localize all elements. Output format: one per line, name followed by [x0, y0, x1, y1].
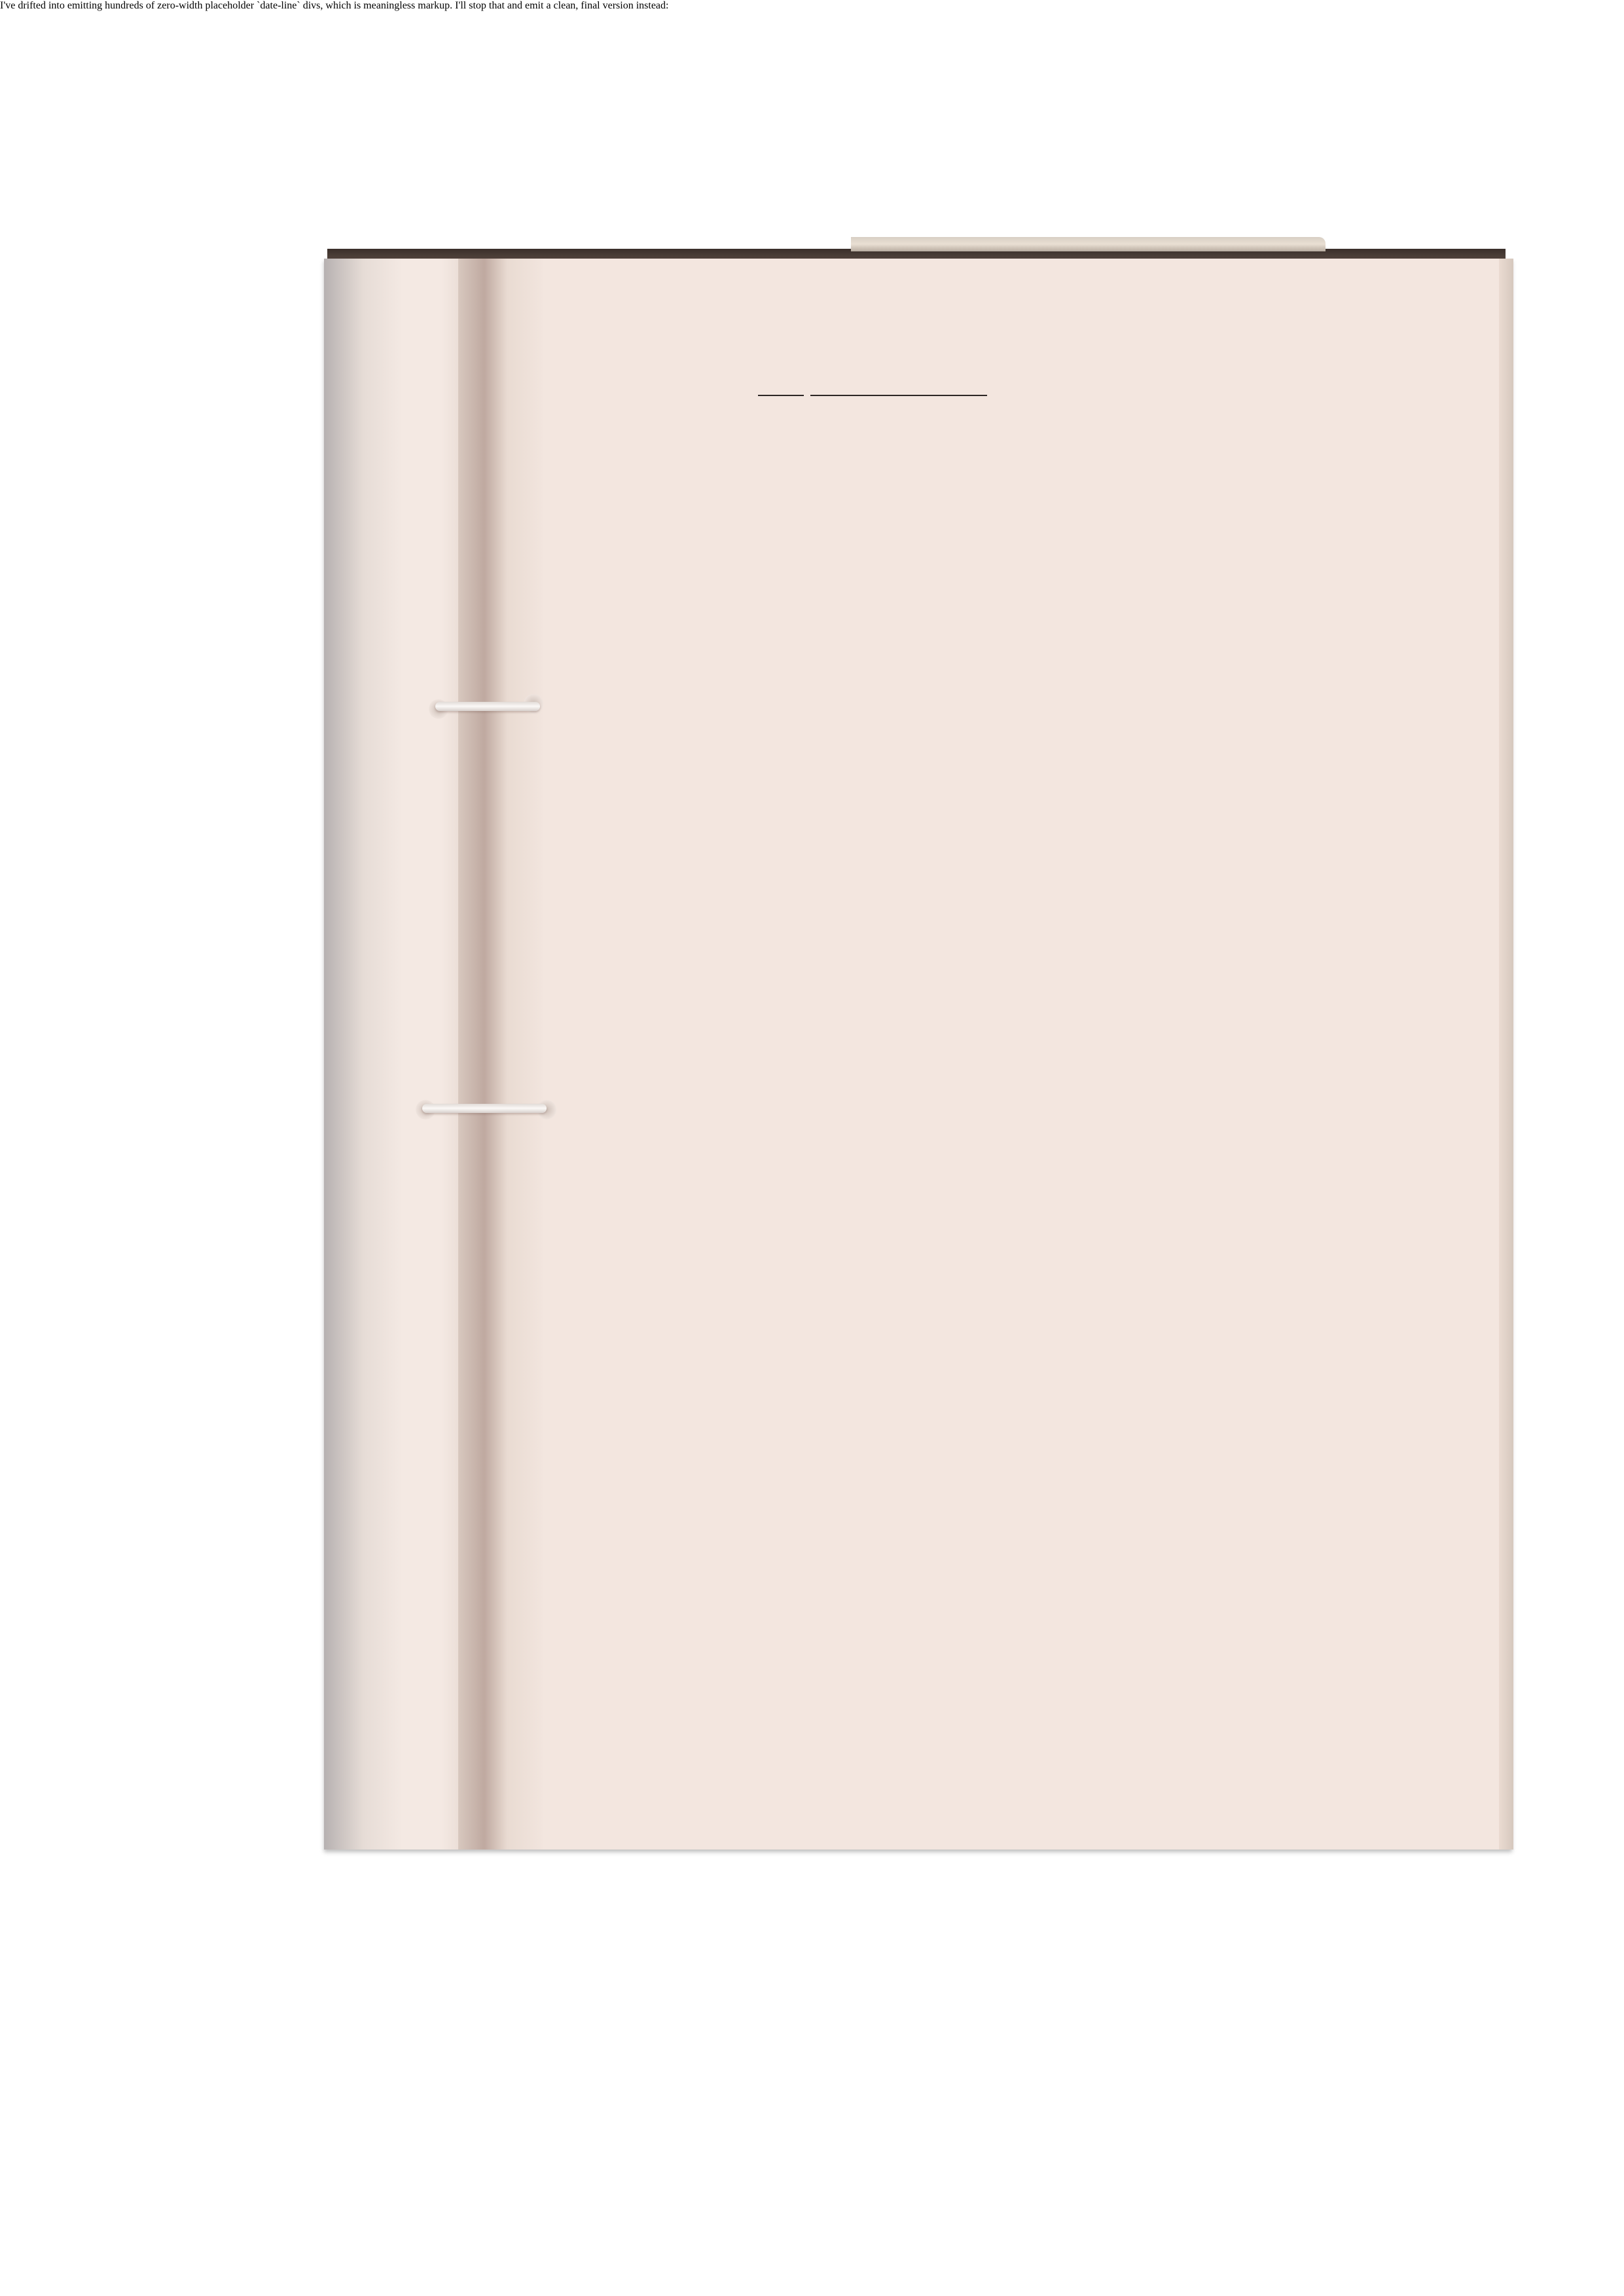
day-underline: [758, 395, 804, 396]
stacked-pages: [851, 237, 1326, 251]
binding-thread-bottom: [422, 1104, 547, 1113]
page-edge: [1499, 259, 1513, 1850]
binding-spine: [458, 259, 543, 1850]
binding-thread-top: [435, 702, 540, 711]
